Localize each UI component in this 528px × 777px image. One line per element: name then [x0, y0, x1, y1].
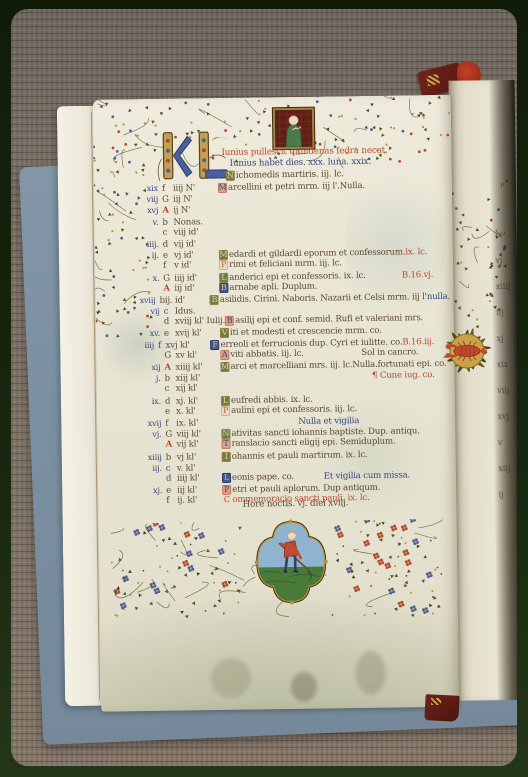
roman-calendar-date: ix. kl'	[176, 418, 221, 429]
saint-head	[289, 116, 299, 126]
roman-calendar-date: iij N'	[173, 194, 218, 205]
dominical-letter: e	[166, 486, 177, 496]
roman-calendar-date: iij id'	[174, 283, 219, 294]
marginal-note: B.16.iij.	[402, 337, 434, 347]
dominical-letter: G	[163, 273, 174, 283]
dominical-letter: f	[158, 340, 166, 350]
feast-initial: L	[219, 272, 228, 282]
roman-calendar-date: iiij N'	[173, 183, 218, 194]
golden-number: iij.	[142, 462, 166, 472]
calendar-day1-line: Nichomedis martiris. iij. lc.	[226, 169, 344, 181]
roman-calendar-date: xviij kl' Iulij.	[175, 316, 225, 327]
feast-entry-text: ohannis et pauli martirum. ix. lc.	[232, 449, 368, 461]
month-header: Iunius habet dies. xxx. luna. xxix.	[230, 157, 372, 169]
roman-calendar-date: vij id'	[174, 239, 219, 250]
dominical-letter: A	[162, 206, 173, 216]
golden-number: j.	[141, 373, 165, 383]
roman-calendar-date: iiij id'	[174, 273, 219, 284]
dominical-letter: d	[164, 317, 175, 327]
roman-calendar-date: v id'	[174, 260, 219, 271]
feast-initial: F	[211, 340, 220, 350]
feast-entry-text: ix. lc.	[405, 247, 427, 257]
roman-calendar-date: x. kl'	[176, 406, 221, 417]
carpet-background: ixvjxiiijiijxjxixviijxvjvxiijij	[11, 9, 517, 766]
feast-entry-text: arcellini et petri mrm. iij l'.	[228, 181, 340, 193]
dominical-letter: b	[166, 452, 177, 462]
feast-entry-text: rimi et feliciani mrm. iij. lc.	[229, 259, 342, 271]
dominical-letter: f	[165, 419, 176, 429]
dominical-letter: A	[165, 440, 176, 450]
feast-initial: L	[222, 473, 231, 483]
parchment-stain	[355, 651, 386, 695]
book-cover-corner	[424, 694, 459, 722]
roman-calendar-date: ij. id'	[165, 295, 210, 306]
roman-calendar-date: vj id'	[174, 250, 219, 261]
feast-initial: M	[218, 183, 227, 193]
marginal-note: B.16.vj.	[402, 270, 434, 280]
feast-entry-text: arnabe apli. Duplum.	[229, 281, 317, 292]
golden-number: viij	[138, 194, 162, 204]
golden-number: xix	[138, 183, 162, 193]
marginal-note: Sol in cancro.	[361, 347, 418, 358]
dominical-letter: G	[164, 350, 175, 360]
dominical-letter: b	[165, 374, 176, 384]
golden-number: vj.	[141, 429, 165, 439]
roman-calendar-date: v. kl'	[177, 463, 222, 474]
roman-calendar-date: vij kl'	[176, 439, 221, 450]
roman-calendar-date: xiiij kl'	[175, 362, 220, 373]
dominical-letter: G	[162, 195, 173, 205]
dominical-letter: d	[166, 473, 177, 483]
feast-initial: A	[220, 350, 229, 360]
roman-calendar-date: xvij kl'	[175, 328, 220, 339]
saint-portrait-miniature	[273, 108, 315, 150]
feast-initial: V	[220, 328, 229, 338]
feast-initial: L	[221, 395, 230, 405]
cancer-zodiac-sun-ornament	[431, 317, 507, 387]
golden-number: v.	[138, 216, 162, 226]
dominical-letter: f	[162, 184, 173, 194]
feast-entry-text: ranslacio sancti eligij epi. Semiduplum.	[231, 437, 395, 449]
parchment-stain	[211, 658, 252, 699]
roman-calendar-date: ij N'	[173, 205, 218, 216]
roman-calendar-date: xiij kl'	[176, 373, 221, 384]
roman-calendar-date: iij kl'	[177, 485, 222, 496]
feast-initial: B	[210, 295, 219, 305]
parchment-stain	[291, 672, 317, 702]
feast-initial: B	[219, 283, 228, 293]
golden-number: xvij	[141, 418, 165, 428]
dominical-letter: c	[166, 463, 177, 473]
dominical-letter: e	[163, 251, 174, 261]
feast-entry-text: eonis pape. co.	[232, 472, 294, 483]
feast-entry-text: Nulla.	[340, 181, 365, 191]
feast-entry-text: viti abbatis. iij. lc.	[230, 349, 304, 360]
feast-entry-text: aulini epi et confessoris. iij. lc.	[231, 404, 357, 416]
golden-number: iiij	[140, 339, 158, 349]
feast-initial: I	[222, 451, 231, 461]
page-edge-shadow	[488, 80, 517, 700]
golden-number: ij.	[139, 250, 163, 260]
open-manuscript-book: ixvjxiiijiijxjxixviijxvjvxiijij	[55, 92, 517, 716]
dominical-letter: G	[165, 430, 176, 440]
dominical-letter: c	[163, 227, 174, 237]
golden-number: ix.	[141, 395, 165, 405]
feast-initial: M	[220, 362, 229, 372]
golden-number: vij	[140, 306, 164, 316]
book-clasp-bottom	[425, 695, 459, 721]
roman-calendar-date: viij kl'	[176, 429, 221, 440]
feast-initial: P	[219, 260, 228, 270]
photo-frame: ixvjxiiijiijxjxixviijxvjvxiijij	[0, 0, 528, 777]
feast-entry-text: anderici epi et confessoris. ix. lc.	[229, 270, 366, 282]
feast-initial: P	[222, 485, 231, 495]
facing-page-sliver: ixvjxiiijiijxjxixviijxvjvxiijij	[449, 80, 517, 701]
dominical-letter: f	[163, 261, 174, 271]
dominical-letter: c	[165, 384, 176, 394]
dominical-letter: d	[163, 240, 174, 250]
roman-calendar-date: xv kl'	[175, 350, 220, 361]
feast-initial: N	[221, 429, 230, 439]
golden-number: iiij.	[139, 239, 163, 249]
feast-entry-text: Nulla.	[352, 360, 377, 370]
feast-entry-text: nulla.	[427, 292, 450, 302]
dominical-letter: c	[164, 307, 175, 317]
roman-calendar-date: viij id'	[174, 227, 219, 238]
golden-number: xiiij	[142, 451, 166, 461]
roman-calendar-date: xij kl'	[176, 383, 221, 394]
golden-number: xij	[140, 362, 164, 372]
roman-calendar-date: Nonas.	[173, 217, 218, 228]
calendar-page-june: Iunius pullescit quindenas fedra necat. …	[93, 95, 460, 712]
dominical-letter: e	[165, 406, 176, 416]
golden-number: xj.	[142, 485, 166, 495]
marginal-note: ¶ Cune iug. co.	[372, 370, 435, 381]
golden-number: xvj	[138, 205, 162, 215]
feast-initial: M	[219, 250, 228, 260]
feast-initial: B	[225, 316, 234, 326]
roman-calendar-date: vj kl'	[177, 451, 222, 462]
feast-initial: P	[221, 406, 230, 416]
feast-initial: T	[221, 439, 230, 449]
dominical-letter: A	[164, 363, 175, 373]
roman-calendar-date: xj. kl'	[176, 396, 221, 407]
golden-number: x.	[139, 272, 163, 282]
dominical-letter: A	[163, 283, 174, 293]
golden-number: xviij	[139, 295, 159, 305]
dominical-letter: e	[164, 329, 175, 339]
roman-calendar-date: Idus.	[175, 306, 220, 317]
calendar-rows: xixfiiij N'Marcellini et petri mrm. iij …	[138, 179, 449, 508]
golden-number: xv.	[140, 328, 164, 338]
marginal-note: Nulla et vigilia	[298, 416, 359, 427]
feast-entry-text: arci et marcelliani mrs. iij. lc.	[230, 360, 352, 372]
gold-clasp-ornament	[431, 698, 441, 705]
dominical-letter: b	[162, 217, 173, 227]
roman-calendar-date: iiij kl'	[177, 473, 222, 484]
marginal-note: Et vigilia cum missa.	[324, 470, 410, 481]
feast-entry: ichomedis martiris. iij. lc.	[236, 169, 344, 181]
feast-initial: N	[226, 170, 235, 180]
feast-entry-text: iti et modesti et crescencie mrm. co.	[230, 326, 382, 338]
labor-of-month-miniature-mowing	[249, 516, 334, 609]
roman-calendar-date: xvj kl'	[166, 340, 211, 351]
dominical-letter: d	[165, 396, 176, 406]
